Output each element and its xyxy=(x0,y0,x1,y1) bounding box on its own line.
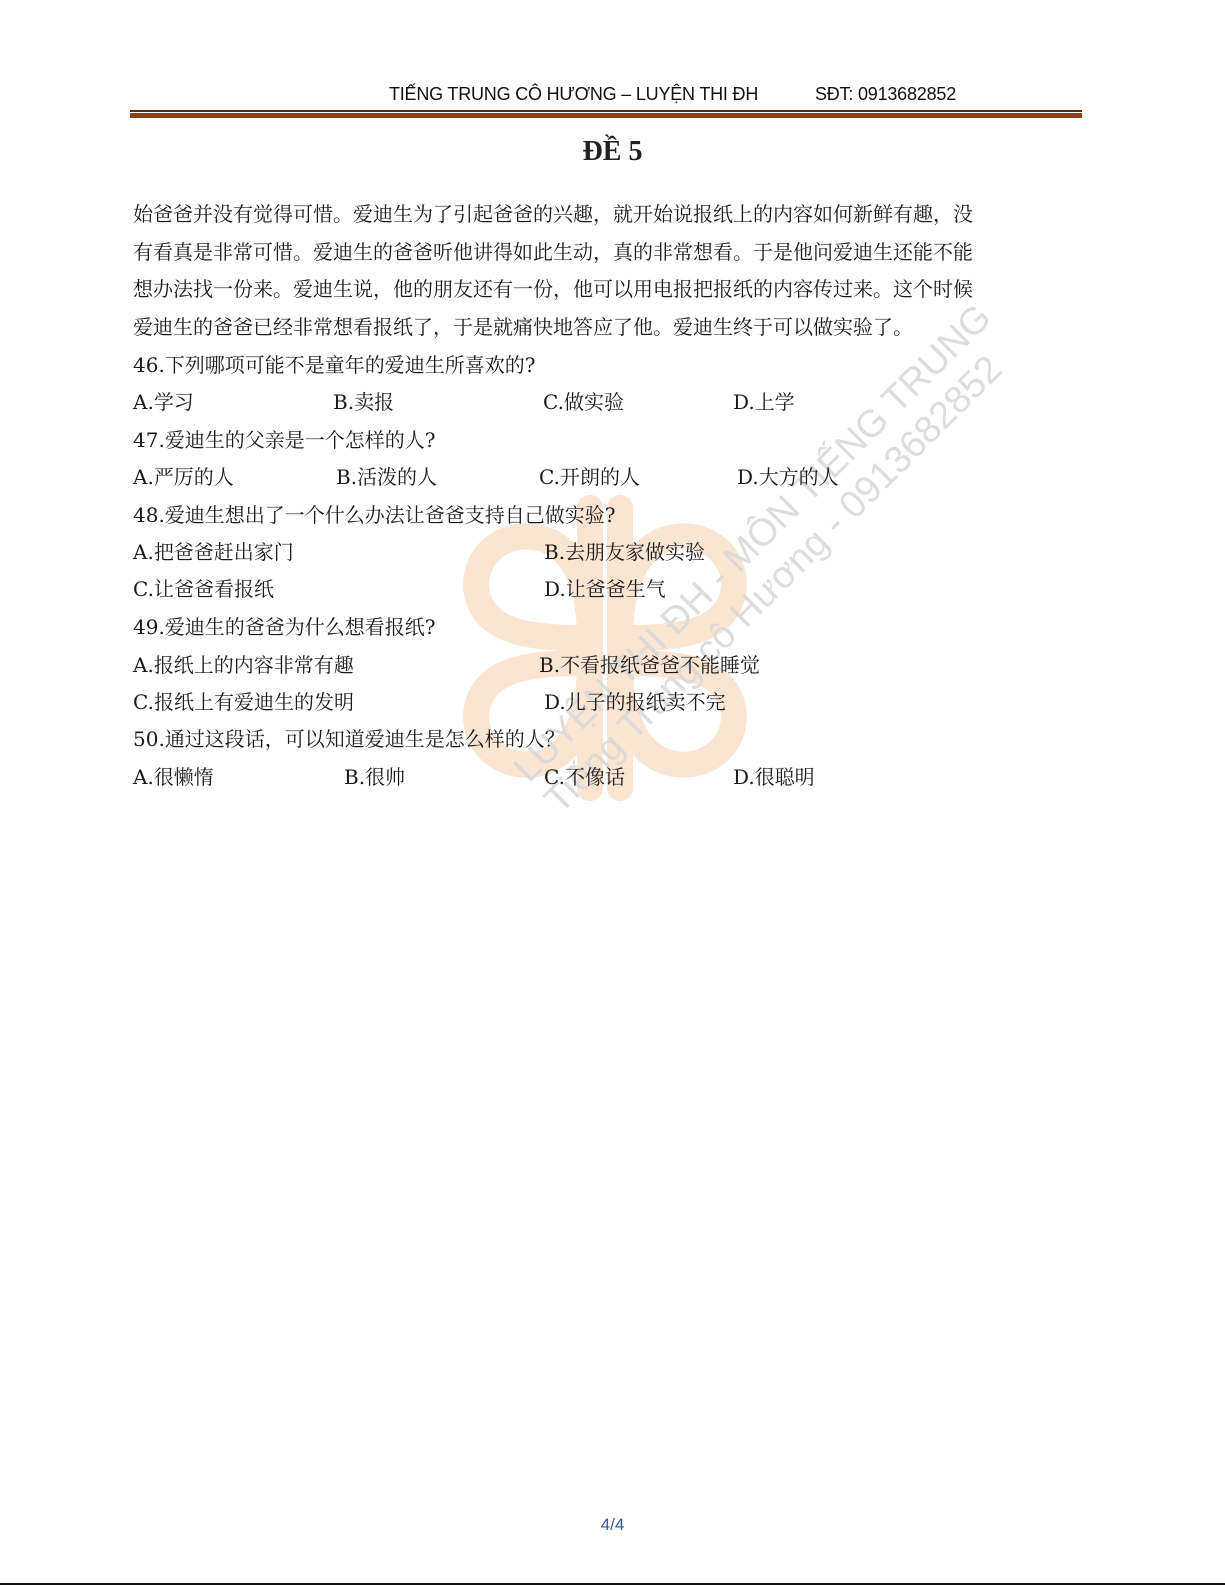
option-47-c[interactable]: C.开朗的人 xyxy=(539,461,640,490)
question-number: 50. xyxy=(133,727,165,751)
question-number: 49. xyxy=(133,615,165,639)
option-text: 卖报 xyxy=(354,390,394,414)
passage-line: 想办法找一份来。爱迪生说，他的朋友还有一份，他可以用电报把报纸的内容传过来。这个… xyxy=(133,271,1083,309)
question-number: 46. xyxy=(133,353,165,377)
option-label: D. xyxy=(733,765,755,789)
option-text: 儿子的报纸卖不完 xyxy=(566,690,726,714)
option-46-c[interactable]: C.做实验 xyxy=(543,386,624,415)
option-text: 很聪明 xyxy=(755,765,815,789)
option-48-a[interactable]: A.把爸爸赶出家门 xyxy=(133,536,294,565)
option-text: 上学 xyxy=(755,390,795,414)
option-48-b[interactable]: B.去朋友家做实验 xyxy=(544,536,705,565)
question-text: 爱迪生的父亲是一个怎样的人? xyxy=(165,428,436,452)
option-48-c[interactable]: C.让爸爸看报纸 xyxy=(133,573,274,602)
option-49-c[interactable]: C.报纸上有爱迪生的发明 xyxy=(133,686,354,715)
header-divider-thin xyxy=(130,110,1082,112)
option-50-c[interactable]: C.不像话 xyxy=(544,761,625,790)
option-label: B. xyxy=(539,653,560,677)
header-divider-thick xyxy=(130,113,1082,118)
question-49: 49.爱迪生的爸爸为什么想看报纸? xyxy=(133,611,436,648)
option-label: C. xyxy=(133,577,154,601)
option-label: B. xyxy=(544,540,565,564)
header-divider xyxy=(130,110,1082,118)
passage-line: 爱迪生的爸爸已经非常想看报纸了，于是就痛快地答应了他。爱迪生终于可以做实验了。 xyxy=(133,309,1083,347)
option-label: B. xyxy=(336,465,357,489)
option-text: 不看报纸爸爸不能睡觉 xyxy=(560,653,760,677)
option-label: A. xyxy=(133,653,154,677)
option-48-d[interactable]: D.让爸爸生气 xyxy=(544,573,666,602)
option-text: 去朋友家做实验 xyxy=(565,540,705,564)
page-title: ĐỀ 5 xyxy=(0,136,1225,168)
option-label: D. xyxy=(737,465,759,489)
option-47-b[interactable]: B.活泼的人 xyxy=(336,461,437,490)
option-text: 让爸爸看报纸 xyxy=(154,577,274,601)
option-49-b[interactable]: B.不看报纸爸爸不能睡觉 xyxy=(539,649,760,678)
question-number: 48. xyxy=(133,503,165,527)
question-46: 46.下列哪项可能不是童年的爱迪生所喜欢的? xyxy=(133,349,536,386)
question-50: 50.通过这段话，可以知道爱迪生是怎么样的人？ xyxy=(133,723,565,760)
option-text: 学习 xyxy=(154,390,194,414)
question-number: 47. xyxy=(133,428,165,452)
page-number: 4/4 xyxy=(0,1515,1225,1535)
option-label: C. xyxy=(133,690,154,714)
document-page: TIẾNG TRUNG CÔ HƯƠNG – LUYỆN THI ĐH SĐT:… xyxy=(0,0,1225,1585)
option-label: D. xyxy=(544,690,566,714)
question-text: 爱迪生想出了一个什么办法让爸爸支持自己做实验? xyxy=(165,503,616,527)
question-text: 下列哪项可能不是童年的爱迪生所喜欢的? xyxy=(165,353,536,377)
option-47-d[interactable]: D.大方的人 xyxy=(737,461,839,490)
question-text: 通过这段话，可以知道爱迪生是怎么样的人？ xyxy=(165,727,565,751)
option-46-b[interactable]: B.卖报 xyxy=(333,386,394,415)
option-text: 很帅 xyxy=(365,765,405,789)
option-text: 很懒惰 xyxy=(154,765,214,789)
option-label: A. xyxy=(133,390,154,414)
header-phone: SĐT: 0913682852 xyxy=(815,84,956,105)
option-label: A. xyxy=(133,540,154,564)
header-brand: TIẾNG TRUNG CÔ HƯƠNG – LUYỆN THI ĐH xyxy=(389,84,758,105)
reading-passage: 始爸爸并没有觉得可惜。爱迪生为了引起爸爸的兴趣，就开始说报纸上的内容如何新鲜有趣… xyxy=(133,196,1083,346)
option-text: 做实验 xyxy=(564,390,624,414)
question-47: 47.爱迪生的父亲是一个怎样的人? xyxy=(133,424,436,461)
option-label: C. xyxy=(544,765,565,789)
option-49-a[interactable]: A.报纸上的内容非常有趣 xyxy=(133,649,354,678)
option-50-d[interactable]: D.很聪明 xyxy=(733,761,815,790)
option-text: 不像话 xyxy=(565,765,625,789)
question-48: 48.爱迪生想出了一个什么办法让爸爸支持自己做实验? xyxy=(133,499,616,536)
option-text: 开朗的人 xyxy=(560,465,640,489)
option-text: 让爸爸生气 xyxy=(566,577,666,601)
passage-line: 始爸爸并没有觉得可惜。爱迪生为了引起爸爸的兴趣，就开始说报纸上的内容如何新鲜有趣… xyxy=(133,196,1083,234)
option-label: D. xyxy=(544,577,566,601)
option-label: C. xyxy=(539,465,560,489)
option-text: 报纸上的内容非常有趣 xyxy=(154,653,354,677)
passage-line: 有看真是非常可惜。爱迪生的爸爸听他讲得如此生动，真的非常想看。于是他问爱迪生还能… xyxy=(133,234,1083,272)
option-text: 把爸爸赶出家门 xyxy=(154,540,294,564)
option-label: B. xyxy=(344,765,365,789)
option-text: 大方的人 xyxy=(759,465,839,489)
option-47-a[interactable]: A.严厉的人 xyxy=(133,461,234,490)
option-50-b[interactable]: B.很帅 xyxy=(344,761,405,790)
option-46-d[interactable]: D.上学 xyxy=(733,386,795,415)
option-label: D. xyxy=(733,390,755,414)
page-header: TIẾNG TRUNG CÔ HƯƠNG – LUYỆN THI ĐH SĐT:… xyxy=(0,84,1225,105)
option-text: 严厉的人 xyxy=(154,465,234,489)
option-49-d[interactable]: D.儿子的报纸卖不完 xyxy=(544,686,726,715)
option-46-a[interactable]: A.学习 xyxy=(133,386,194,415)
option-label: C. xyxy=(543,390,564,414)
option-label: B. xyxy=(333,390,354,414)
option-label: A. xyxy=(133,765,154,789)
option-label: A. xyxy=(133,465,154,489)
option-text: 报纸上有爱迪生的发明 xyxy=(154,690,354,714)
option-50-a[interactable]: A.很懒惰 xyxy=(133,761,214,790)
option-text: 活泼的人 xyxy=(357,465,437,489)
question-text: 爱迪生的爸爸为什么想看报纸? xyxy=(165,615,436,639)
